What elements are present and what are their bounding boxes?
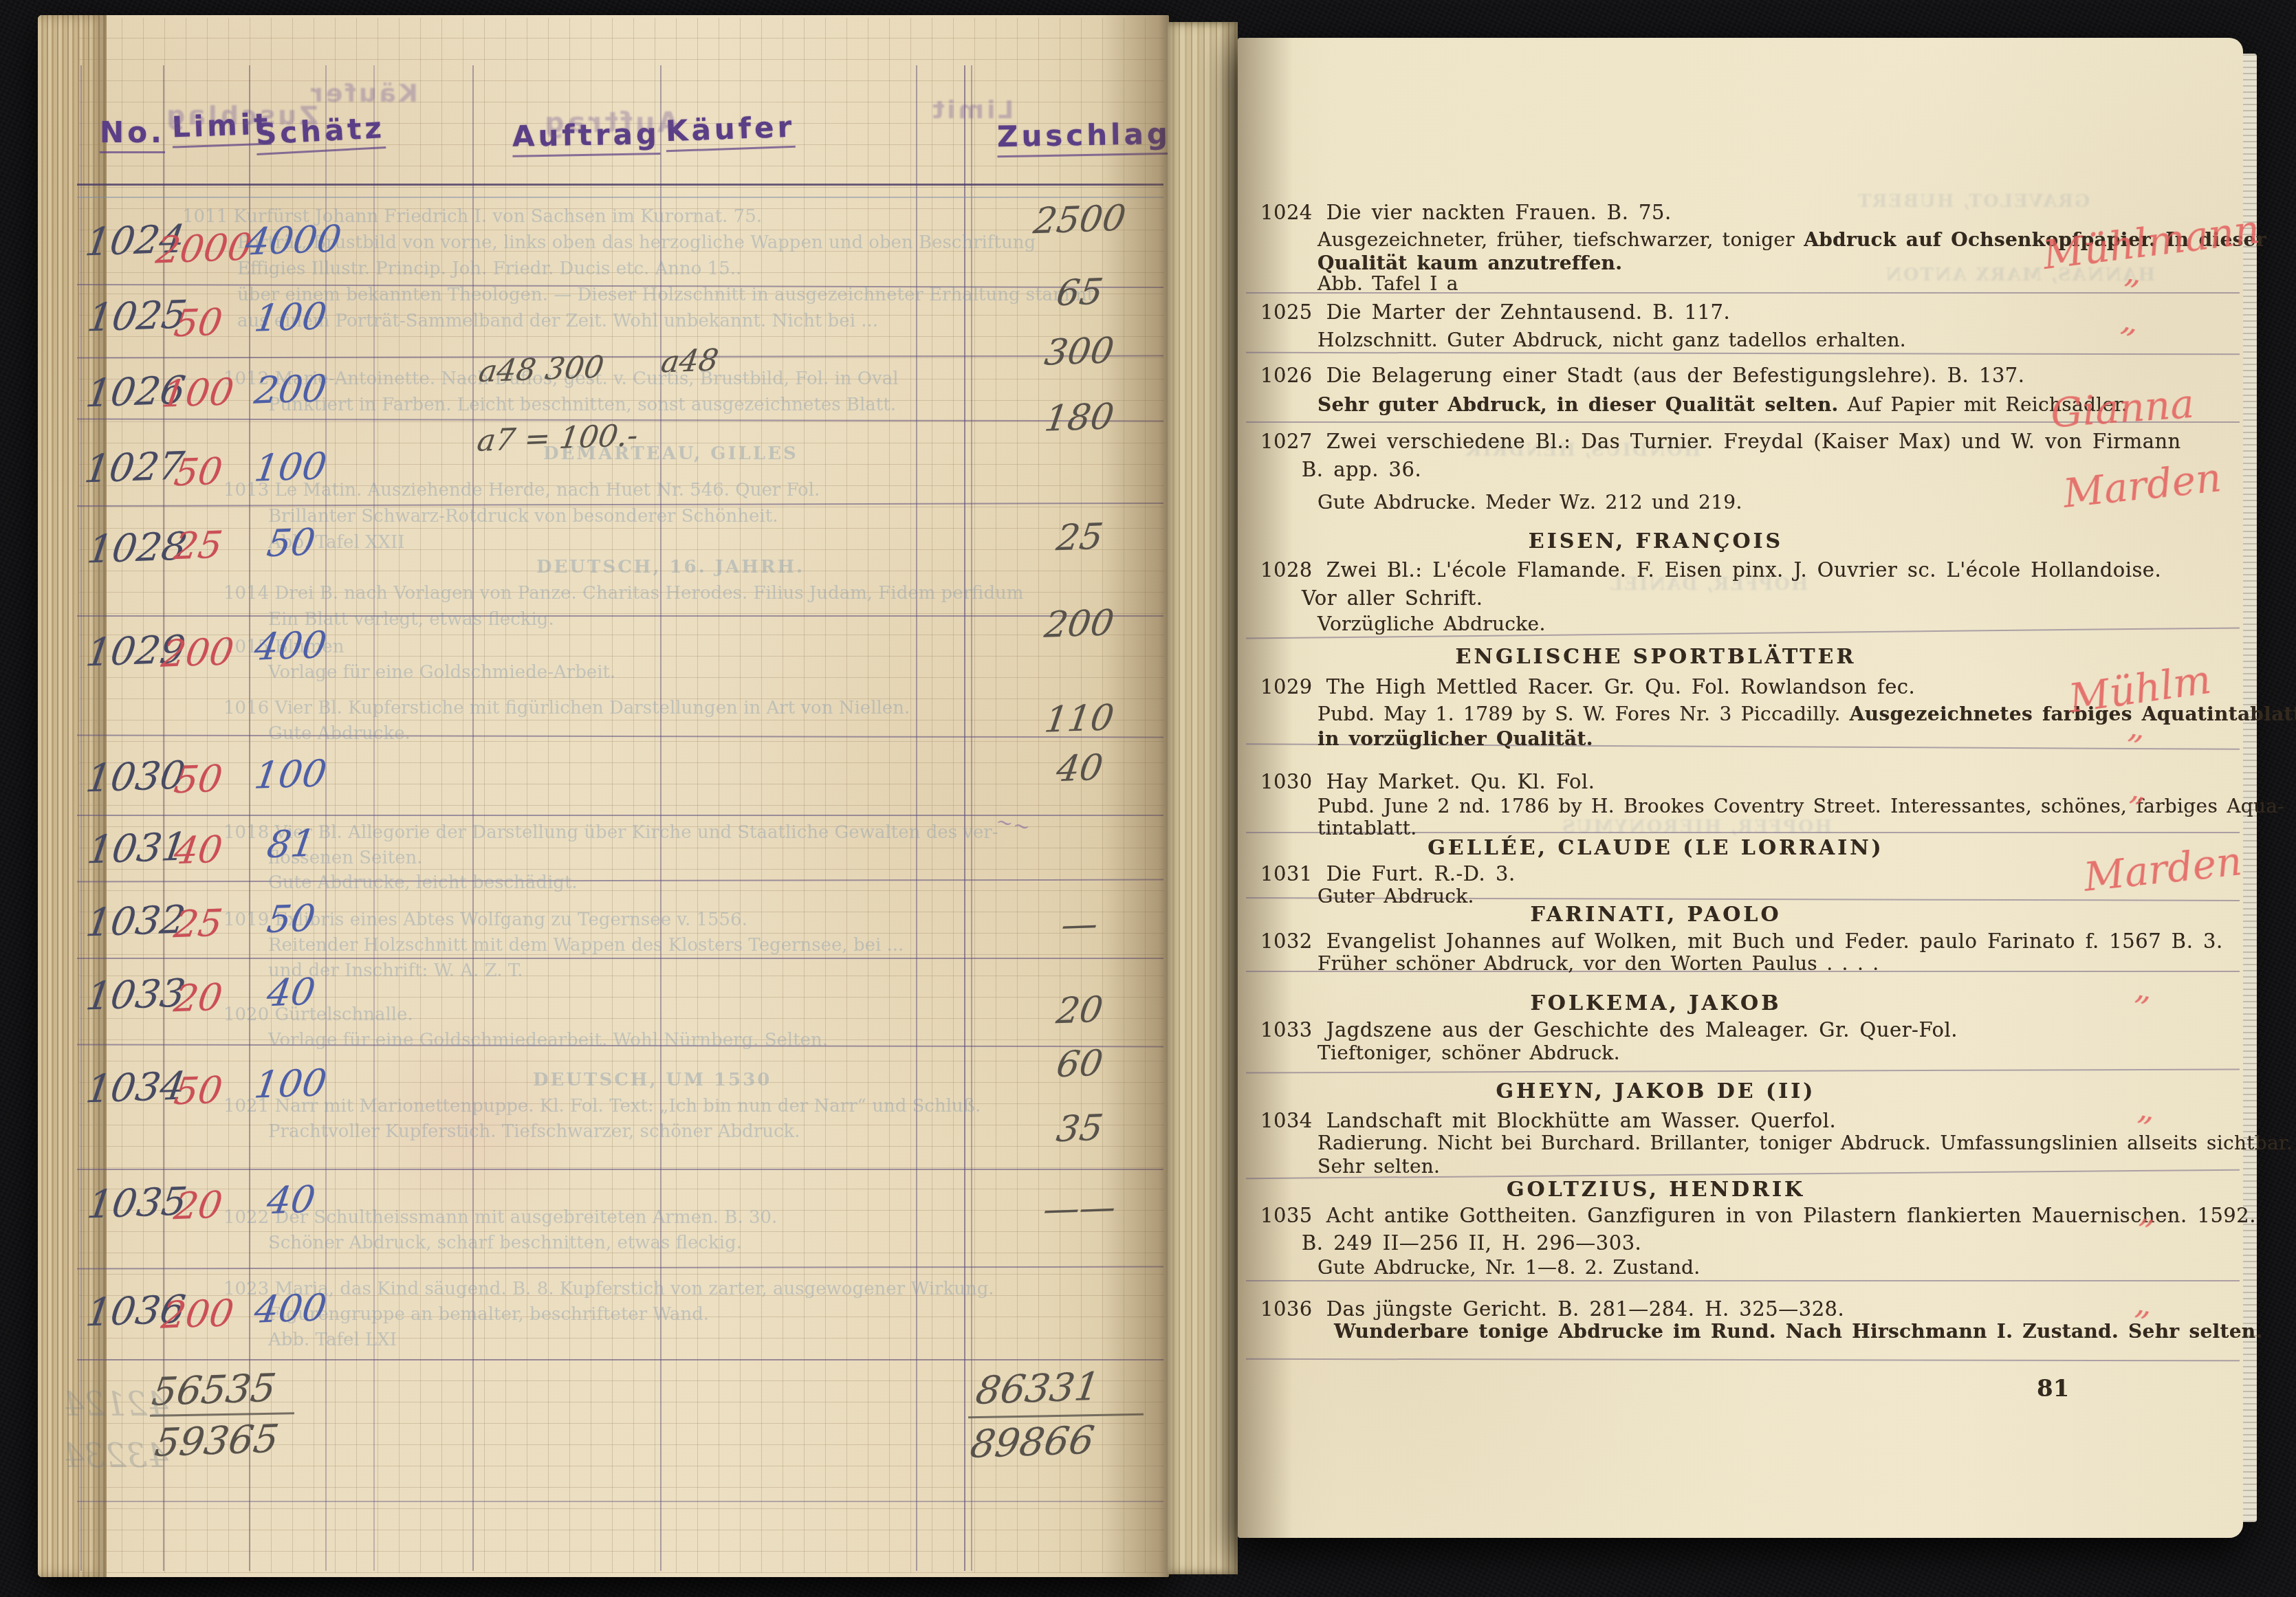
ledger-row-schaetz: 50: [246, 897, 336, 940]
stamp-kaeufer: Käufer: [665, 110, 796, 153]
lot-1036-desc-1: Wunderbare tonige Abdrucke im Rund. Nach…: [1334, 1320, 2263, 1343]
lot-title-text: The High Mettled Racer. Gr. Qu. Fol. Row…: [1326, 675, 1916, 698]
ghost-stamp-zuschlag: Zuschlag: [164, 100, 318, 131]
ledger-row-schaetz: 200: [246, 368, 336, 411]
ledger-row-schaetz: 100: [246, 1062, 336, 1105]
lot-title-text: Die Marter der Zehntausend. B. 117.: [1326, 300, 1730, 324]
ledger-row-schaetz: 100: [246, 296, 336, 339]
ledger-row-limit: 200: [157, 1292, 239, 1336]
header-rule: [77, 184, 1163, 186]
lot-title-text: Jagdszene aus der Geschichte des Maleage…: [1326, 1018, 1958, 1042]
page-number: 81: [2037, 1375, 2069, 1402]
artist-heading-gheyn: GHEYN, JAKOB DE (II): [1260, 1079, 2051, 1103]
lot-1035-title-2: B. 249 II—256 II, H. 296—303.: [1302, 1231, 1641, 1255]
lot-1031-title: 1031Die Furt. R.-D. 3.: [1260, 862, 1516, 885]
ledger-row-schaetz: 400: [246, 1287, 336, 1330]
artist-heading-goltzius: GOLTZIUS, HENDRIK: [1260, 1178, 2051, 1202]
ghost-line: 1014 Drei B. nach Vorlagen von Panze. Ch…: [223, 583, 1023, 604]
lot-number: 1027: [1260, 430, 1313, 453]
ledger-row-schaetz: 40: [246, 1178, 336, 1222]
book-cover: { "ledger": { "headers": {"no":"No.","li…: [0, 0, 2296, 1597]
lot-1033-desc-1: Tieftoniger, schöner Abdruck.: [1318, 1042, 1620, 1064]
ledger-row-limit: 200: [157, 631, 239, 674]
lot-number: 1031: [1260, 862, 1313, 885]
ghost-line: Vorlage für eine Goldschmiedearbeit. Woh…: [268, 1030, 828, 1050]
ledger-row-limit: 2000: [157, 227, 239, 270]
ledger-row-limit: 40: [157, 828, 239, 872]
ledger-row-kaeufer: a48: [662, 344, 718, 379]
lot-number: 1033: [1260, 1018, 1313, 1042]
row-separator: [77, 1169, 1163, 1170]
lot-1030-title: 1030Hay Market. Qu. Kl. Fol.: [1260, 770, 1595, 793]
ghost-line: Reitender Holzschnitt mit dem Wappen des…: [268, 935, 904, 956]
stamp-no: No.: [100, 115, 165, 153]
lot-title-text: Die vier nackten Frauen. B. 75.: [1326, 201, 1672, 224]
lot-1032-desc-1: Früher schöner Abdruck, vor den Worten P…: [1318, 952, 1879, 975]
row-separator: [77, 1501, 1163, 1502]
ledger-row-schaetz: 100: [246, 753, 336, 796]
ledger-row-limit: 50: [157, 450, 239, 494]
column-line: [163, 65, 164, 1571]
ghost-line: Abb. Tafel LXI: [268, 1330, 397, 1350]
ghost-heading-mirrored: HOPFER, HIERONYMUS: [1561, 817, 1832, 837]
ghost-line: Gute Abdrucke.: [268, 723, 411, 744]
fore-edge-strip: [2243, 54, 2257, 1522]
column-line: [80, 65, 82, 1571]
ghost-line: 1018 Vier Bl. Allegorie der Darstellung …: [223, 822, 998, 843]
lot-1029-desc-2: in vorzüglicher Qualität.: [1318, 727, 1593, 750]
artist-heading-farinati: FARINATI, PAOLO: [1260, 903, 2051, 927]
zuschlag-total-pencil: 86331: [976, 1367, 1099, 1411]
lot-1035-desc-1: Gute Abdrucke, Nr. 1—8. 2. Zustand.: [1318, 1256, 1700, 1279]
lot-1025-desc-1: Holzschnitt. Guter Abdruck, nicht ganz t…: [1318, 329, 1906, 351]
ledger-row-schaetz: 400: [246, 624, 336, 668]
lot-title-text: Die Belagerung einer Stadt (aus der Befe…: [1326, 364, 2025, 387]
zuschlag-total-final: 89866: [971, 1420, 1093, 1465]
ghost-line: Punktiert in Farben. Leicht beschnitten,…: [268, 395, 896, 415]
ledger-row-limit: 25: [157, 902, 239, 945]
ghost-number: 42124: [63, 1385, 168, 1424]
row-separator: [77, 958, 1163, 959]
ghost-heading-mirrored: GRAVELOT, HUBERT: [1857, 191, 2090, 212]
lot-number: 1032: [1260, 929, 1313, 953]
ledger-row-schaetz: 40: [246, 971, 336, 1014]
ghost-number: 43234: [63, 1437, 168, 1475]
lot-1033-title: 1033Jagdszene aus der Geschichte des Mal…: [1260, 1018, 1958, 1042]
ledger-row-auftrag: a7 = 100.-: [478, 421, 637, 456]
lot-number: 1034: [1260, 1109, 1313, 1132]
ghost-stamp-limit: Limit: [930, 96, 1014, 124]
lot-1035-title: 1035Acht antike Gottheiten. Ganzfiguren …: [1260, 1204, 2256, 1227]
lot-title-text: Die Furt. R.-D. 3.: [1326, 862, 1516, 885]
ledger-row-auftrag: a48 300: [479, 352, 603, 387]
lot-1036-title: 1036Das jüngste Gericht. B. 281—284. H. …: [1260, 1297, 1844, 1321]
ghost-line: 1021 Narr mit Marionettenpuppe. Kl. Fol.…: [223, 1096, 981, 1116]
limit-total-pencil: 56535: [153, 1368, 275, 1413]
row-separator: [77, 1359, 1163, 1361]
lot-number: 1036: [1260, 1297, 1313, 1321]
artist-heading-gellee: GELLÉE, CLAUDE (LE LORRAIN): [1260, 836, 2051, 860]
lot-separator: [1246, 1280, 2240, 1281]
lot-1024-desc-2: Qualität kaum anzutreffen.: [1318, 252, 1622, 274]
ledger-row-limit: 50: [157, 758, 239, 801]
lot-1024-title: 1024Die vier nackten Frauen. B. 75.: [1260, 201, 1672, 224]
lot-1027-title: 1027Zwei verschiedene Bl.: Das Turnier. …: [1260, 430, 2181, 453]
page-fold-shadow: [1100, 15, 1169, 1577]
lot-number: 1025: [1260, 300, 1313, 324]
lot-number: 1028: [1260, 558, 1313, 582]
ledger-row-limit: 20: [157, 976, 239, 1020]
lot-number: 1024: [1260, 201, 1313, 224]
ghost-line: Gute Abdrucke, leicht beschädigt.: [268, 872, 578, 893]
ghost-stamp-kaeufer: Käufer: [308, 80, 418, 108]
ledger-row-schaetz: 4000: [246, 219, 336, 262]
lot-title-text: Zwei Bl.: L'école Flamande. F. Eisen pin…: [1326, 558, 2161, 582]
lot-1029-title: 1029The High Mettled Racer. Gr. Qu. Fol.…: [1260, 675, 1915, 698]
ghost-stamp-auftrag: Auftrag: [542, 107, 679, 139]
section-heading-sportblaetter: ENGLISCHE SPORTBLÄTTER: [1260, 645, 2051, 669]
limit-total-final: 59365: [155, 1419, 278, 1464]
lot-number: 1029: [1260, 675, 1313, 698]
lot-1027-title-2: B. app. 36.: [1302, 458, 1421, 481]
ledger-row-schaetz: 81: [246, 822, 336, 866]
lot-number: 1030: [1260, 770, 1313, 793]
header-rule-blue: [77, 197, 1163, 198]
ghost-line: Brillanter Schwarz-Rotdruck von besonder…: [268, 506, 778, 527]
lot-1026-title: 1026Die Belagerung einer Stadt (aus der …: [1260, 364, 2025, 387]
ghost-line: 1023 Maria, das Kind säugend. B. 8. Kupf…: [223, 1279, 994, 1299]
lot-1028-title: 1028Zwei Bl.: L'école Flamande. F. Eisen…: [1260, 558, 2161, 582]
ledger-row-schaetz: 50: [246, 521, 336, 564]
ghost-line: über einem bekannten Theologen. — Dieser…: [237, 285, 1094, 305]
red-note-1027: Gianna: [2049, 380, 2196, 437]
ledger-row-limit: 25: [157, 524, 239, 567]
lot-1026-desc-1: Sehr guter Abdruck, in dieser Qualität s…: [1318, 393, 2128, 416]
ghost-line: Porträt, Brustbild von vorne, links oben…: [237, 232, 1036, 253]
ghost-line: 1016 Vier Bl. Kupferstiche mit figürlich…: [223, 698, 910, 718]
ledger-row-limit: 50: [157, 301, 239, 344]
lot-number: 1026: [1260, 364, 1313, 387]
ghost-heading: DEUTSCH, UM 1530: [533, 1070, 772, 1090]
artist-heading-eisen: EISEN, FRANÇOIS: [1260, 529, 2051, 553]
gutter-page-edges: [1168, 22, 1238, 1574]
lot-1028-desc-1: Vorzügliche Abdrucke.: [1318, 613, 1546, 635]
ledger-row-limit: 50: [157, 1069, 239, 1112]
ghost-line: Schöner Abdruck, scharf beschnitten, etw…: [268, 1233, 742, 1253]
lot-title-text: Acht antike Gottheiten. Ganzfiguren in v…: [1326, 1204, 2256, 1227]
lot-1027-desc-1: Gute Abdrucke. Meder Wz. 212 und 219.: [1318, 491, 1742, 514]
row-separator: [77, 615, 1163, 617]
lot-1032-title: 1032Evangelist Johannes auf Wolken, mit …: [1260, 929, 2223, 953]
lot-1025-title: 1025Die Marter der Zehntausend. B. 117.: [1260, 300, 1730, 324]
lot-1024-desc-3: Abb. Tafel I a: [1318, 272, 1458, 295]
lot-title-text: Das jüngste Gericht. B. 281—284. H. 325—…: [1326, 1297, 1844, 1321]
ghost-heading: DEUTSCH, 16. JAHRH.: [536, 557, 805, 577]
lot-title-text: Landschaft mit Blockhütte am Wasser. Que…: [1326, 1109, 1836, 1132]
ledger-row-limit: 20: [157, 1184, 239, 1227]
artist-heading-folkema: FOLKEMA, JAKOB: [1260, 991, 2051, 1015]
ledger-row-limit: 100: [157, 371, 239, 415]
lot-1034-desc-2: Sehr selten.: [1318, 1155, 1440, 1178]
lot-1034-title: 1034Landschaft mit Blockhütte am Wasser.…: [1260, 1109, 1836, 1132]
lot-title-text: Evangelist Johannes auf Wolken, mit Buch…: [1326, 929, 2223, 953]
ghost-line: Prach­tvoller Kupferstich. Tiefschwarzer…: [268, 1121, 800, 1142]
lot-number: 1035: [1260, 1204, 1313, 1227]
lot-1028-title-2: Vor aller Schrift.: [1302, 586, 1483, 610]
lot-title-text: Hay Market. Qu. Kl. Fol.: [1326, 770, 1595, 793]
ledger-row-schaetz: 100: [246, 445, 336, 489]
